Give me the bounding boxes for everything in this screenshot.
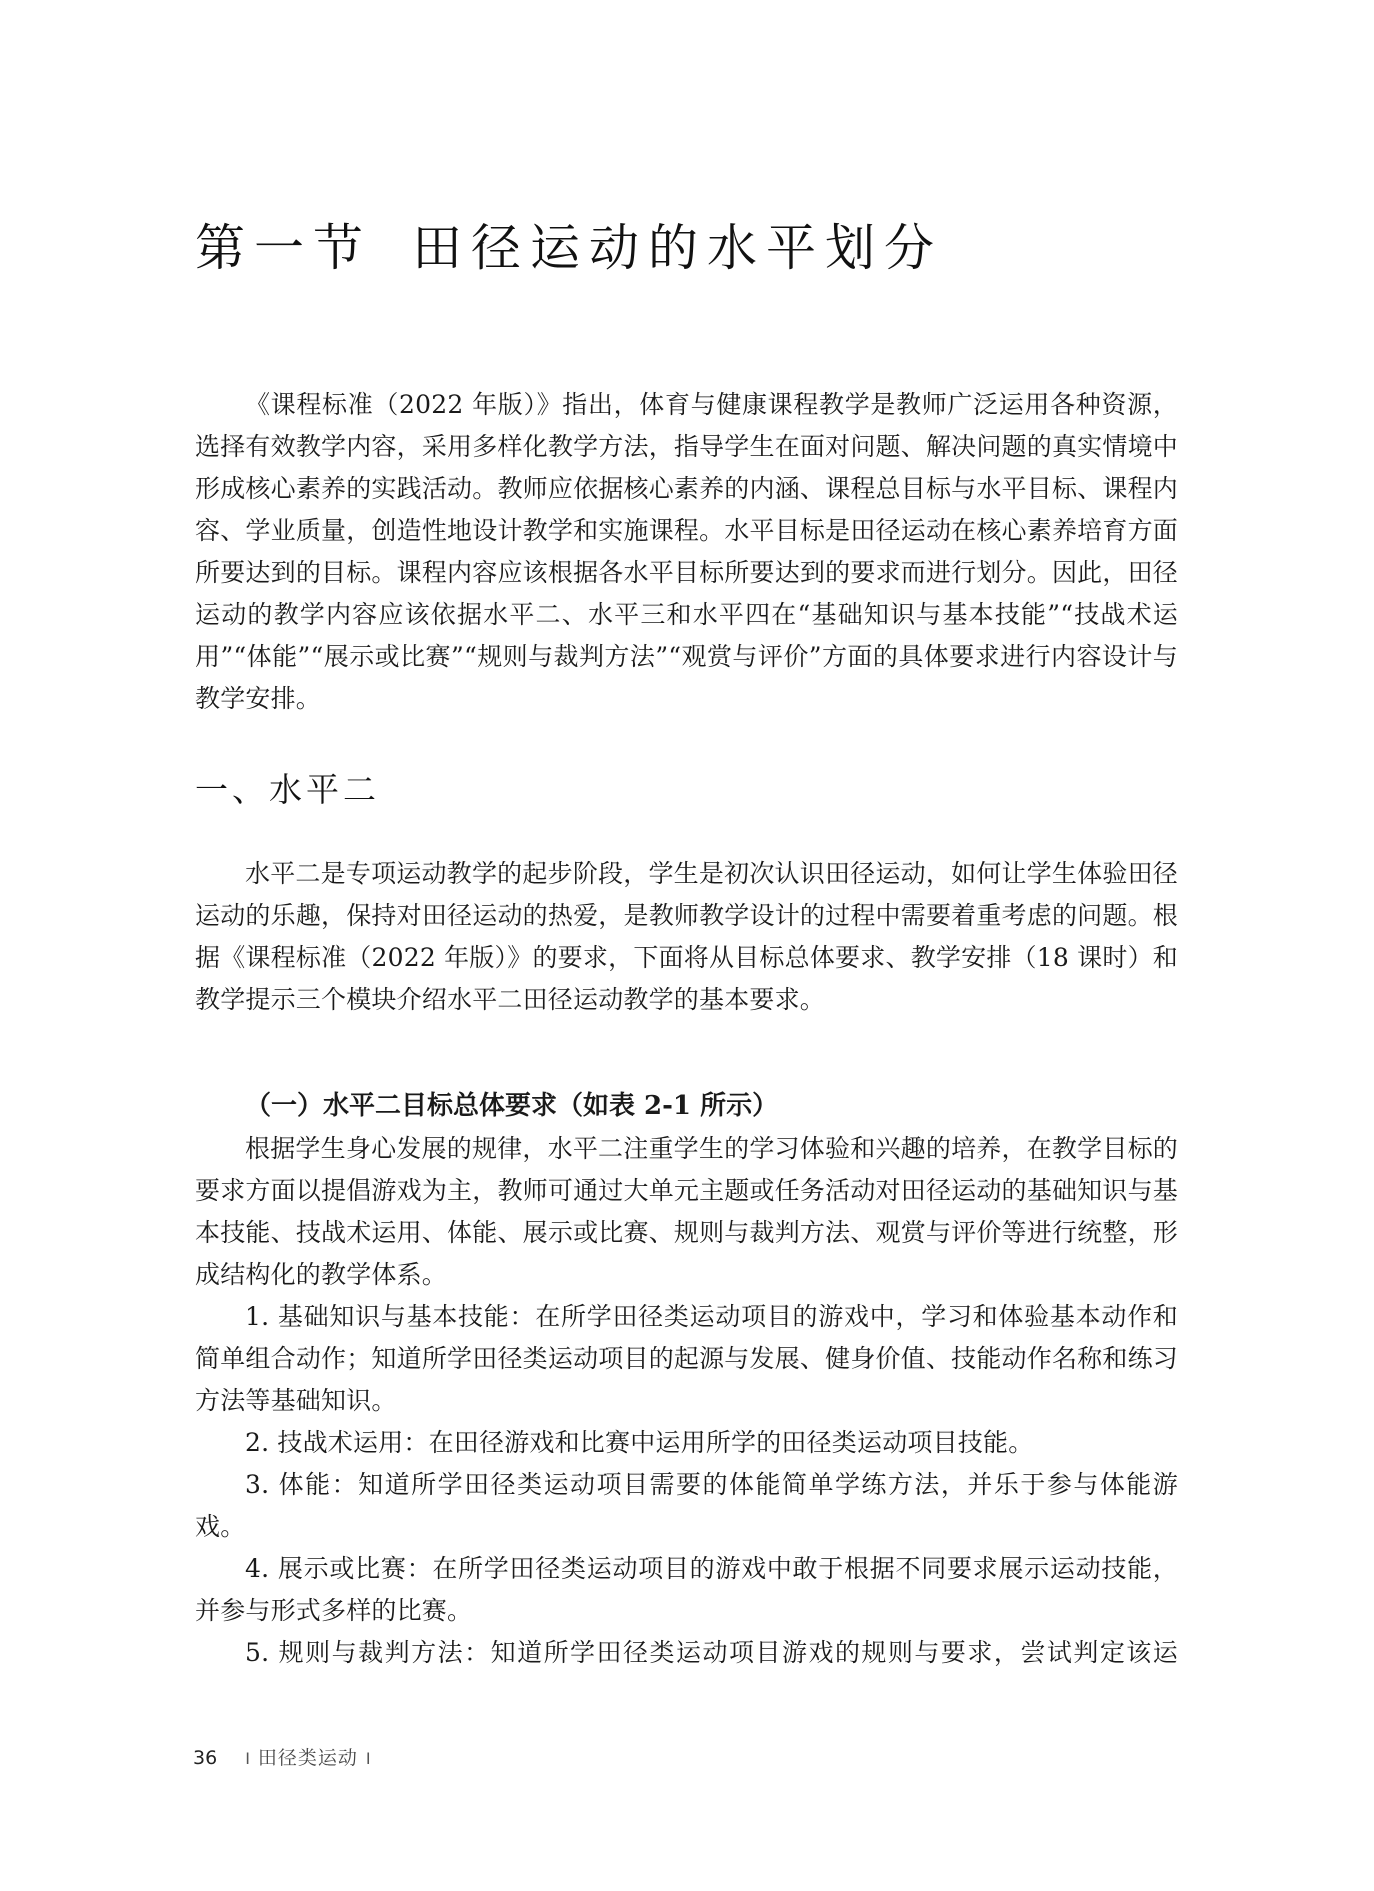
level2-intro-block: 水平二是专项运动教学的起步阶段，学生是初次认识田径运动，如何让学生体验田径运动的… xyxy=(195,853,1178,1021)
intro-block: 《课程标准（2022 年版）》指出，体育与健康课程教学是教师广泛运用各种资源，选… xyxy=(195,384,1178,720)
goal-item: 4. 展示或比赛：在所学田径类运动项目的游戏中敢于根据不同要求展示运动技能，并参… xyxy=(195,1548,1178,1632)
footer-separator-end: I xyxy=(366,1749,371,1768)
goal-item: 5. 规则与裁判方法：知道所学田径类运动项目游戏的规则与要求，尝试判定该运 xyxy=(195,1632,1178,1674)
goal-item: 1. 基础知识与基本技能：在所学田径类运动项目的游戏中，学习和体验基本动作和简单… xyxy=(195,1296,1178,1422)
page-footer: 36I田径类运动I xyxy=(193,1745,379,1772)
goal-item: 3. 体能：知道所学田径类运动项目需要的体能简单学练方法，并乐于参与体能游戏。 xyxy=(195,1464,1178,1548)
footer-separator: I xyxy=(245,1749,250,1768)
goals-paragraph: 根据学生身心发展的规律，水平二注重学生的学习体验和兴趣的培养，在教学目标的要求方… xyxy=(195,1128,1178,1296)
running-title: 田径类运动 xyxy=(258,1747,358,1769)
subsection-heading-goals: （一）水平二目标总体要求（如表 2-1 所示） xyxy=(245,1085,778,1127)
intro-paragraph: 《课程标准（2022 年版）》指出，体育与健康课程教学是教师广泛运用各种资源，选… xyxy=(195,384,1178,720)
goal-item: 2. 技战术运用：在田径游戏和比赛中运用所学的田径类运动项目技能。 xyxy=(195,1422,1178,1464)
chapter-section-number: 第一节 xyxy=(195,219,372,277)
level2-paragraph: 水平二是专项运动教学的起步阶段，学生是初次认识田径运动，如何让学生体验田径运动的… xyxy=(195,853,1178,1021)
chapter-title-text: 田径运动的水平划分 xyxy=(412,219,943,277)
chapter-title: 第一节田径运动的水平划分 xyxy=(195,218,943,278)
page-number: 36 xyxy=(193,1747,217,1769)
section-heading-level-2: 一、水平二 xyxy=(195,768,380,812)
goals-block: 根据学生身心发展的规律，水平二注重学生的学习体验和兴趣的培养，在教学目标的要求方… xyxy=(195,1128,1178,1674)
